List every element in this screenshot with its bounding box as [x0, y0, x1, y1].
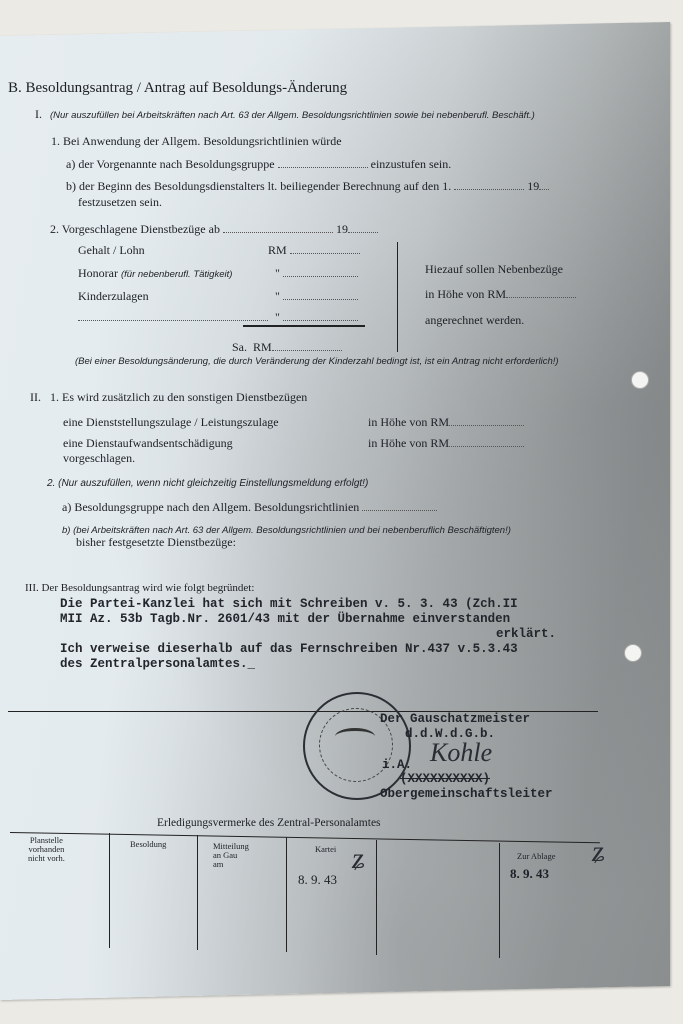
- typed-line-2: MII Az. 53b Tagb.Nr. 2601/43 mit der Übe…: [60, 612, 510, 626]
- kartei-date-stamp: 8. 9. 43: [298, 872, 337, 888]
- section-I-note: (Nur auszufüllen bei Arbeitskräften nach…: [50, 110, 535, 121]
- item-II2b-text: bisher festgesetzte Dienstbezüge:: [76, 535, 236, 550]
- sum-underline: [243, 325, 365, 327]
- official-stamp: [303, 692, 411, 800]
- blank-label-field[interactable]: [78, 311, 268, 321]
- item-I1-text: 1. Bei Anwendung der Allgem. Besoldungsr…: [51, 134, 342, 149]
- aufwand-amount-field[interactable]: [449, 437, 524, 447]
- typed-line-4: Ich verweise dieserhalb auf das Fernschr…: [60, 642, 518, 656]
- item-I1b: b) der Beginn des Besoldungsdienstalters…: [66, 179, 549, 194]
- typed-line-3: erklärt.: [496, 627, 556, 641]
- handwritten-signature: Kohle: [430, 738, 492, 768]
- item-II2: 2. (Nur auszufüllen, wenn nicht gleichze…: [47, 478, 368, 489]
- row-gehalt-label: Gehalt / Lohn: [78, 243, 145, 258]
- punch-hole: [631, 371, 649, 389]
- punch-hole: [624, 644, 642, 662]
- bezuege-date-field[interactable]: [223, 223, 333, 233]
- item-II1-amount1: in Höhe von RM: [368, 415, 524, 430]
- footer-col-divider: [197, 835, 198, 950]
- footer-table-title: Erledigungsvermerke des Zentral-Personal…: [157, 817, 381, 829]
- document-title: B. Besoldungsantrag / Antrag auf Besoldu…: [8, 80, 347, 97]
- footer-col-divider: [109, 833, 110, 948]
- blank-amount-field[interactable]: [283, 311, 358, 321]
- dienstalter-date-field[interactable]: [454, 180, 524, 190]
- footer-col-mitteilung: Mitteilung an Gau am: [213, 842, 249, 869]
- item-I1b-cont: festzusetzen sein.: [78, 195, 162, 210]
- footer-col-kartei: Kartei: [315, 845, 336, 854]
- footer-col-besoldung: Besoldung: [130, 840, 166, 849]
- item-I2: 2. Vorgeschlagene Dienstbezüge ab 19: [50, 222, 378, 237]
- item-II1-amount2: in Höhe von RM: [368, 436, 524, 451]
- typed-line-1: Die Partei-Kanzlei hat sich mit Schreibe…: [60, 597, 518, 611]
- section-I-label: I.: [35, 107, 42, 122]
- footer-col-divider: [286, 837, 287, 952]
- signature-prefix: i.A.: [382, 758, 412, 772]
- footer-col-planstelle: Planstelle vorhanden nicht vorh.: [28, 836, 65, 863]
- footer-col-divider: [376, 840, 377, 955]
- sum-field[interactable]: [272, 341, 342, 351]
- side-note-2: in Höhe von RM: [425, 287, 576, 302]
- side-note-1: Hiezauf sollen Nebenbezüge: [425, 262, 563, 277]
- year-field[interactable]: [539, 180, 549, 190]
- row-blank-unit: ": [275, 310, 358, 325]
- item-II1-line1: eine Dienststellungszulage / Leistungszu…: [63, 415, 279, 430]
- signature-line-1: Der Gauschatzmeister: [380, 712, 530, 726]
- signature-rank: Obergemeinschaftsleiter: [380, 787, 553, 801]
- footer-col-zur-ablage: Zur Ablage: [517, 852, 555, 861]
- item-I1a: a) der Vorgenannte nach Besoldungsgruppe…: [66, 157, 451, 172]
- besoldungsgruppe-field[interactable]: [278, 158, 368, 168]
- item-II1: 1. Es wird zusätzlich zu den sonstigen D…: [50, 390, 307, 405]
- gehalt-field[interactable]: [290, 244, 360, 254]
- besoldungsgruppe-II-field[interactable]: [362, 501, 437, 511]
- row-kinder-label: Kinderzulagen: [78, 289, 149, 304]
- ablage-date-stamp: 8. 9. 43: [510, 866, 549, 882]
- item-II1-line3: vorgeschlagen.: [63, 451, 135, 466]
- row-gehalt-unit: RM: [268, 243, 360, 258]
- side-note-3: angerechnet werden.: [425, 313, 524, 328]
- zulage-amount-field[interactable]: [449, 416, 524, 426]
- ablage-initial-mark: ʑ: [592, 835, 604, 869]
- struck-name: (XXXXXXXXXX): [400, 772, 490, 786]
- column-divider: [397, 242, 398, 352]
- kinderzulagen-field[interactable]: [283, 290, 358, 300]
- stamp-emblem-icon: [335, 728, 375, 745]
- honorar-field[interactable]: [283, 267, 358, 277]
- sum-row: Sa. RM: [232, 340, 342, 355]
- footnote-kinderzahl: (Bei einer Besoldungsänderung, die durch…: [75, 357, 615, 367]
- section-III-label: III. Der Besoldungsantrag wird wie folgt…: [25, 582, 254, 594]
- kartei-initial-mark: ʑ: [352, 842, 364, 876]
- row-kinder-unit: ": [275, 289, 358, 304]
- section-II-label: II.: [30, 390, 41, 405]
- footer-col-divider: [499, 843, 500, 958]
- item-II1-line2: eine Dienstaufwandsentschädigung: [63, 436, 233, 451]
- row-honorar-unit: ": [275, 266, 358, 281]
- typed-line-5: des Zentralpersonalamtes._: [60, 657, 255, 671]
- bezuege-year-field[interactable]: [348, 223, 378, 233]
- row-blank: [78, 310, 268, 325]
- nebenbezuege-field[interactable]: [506, 288, 576, 298]
- item-II2a: a) Besoldungsgruppe nach den Allgem. Bes…: [62, 500, 437, 515]
- row-honorar-label: Honorar (für nebenberufl. Tätigkeit): [78, 266, 232, 281]
